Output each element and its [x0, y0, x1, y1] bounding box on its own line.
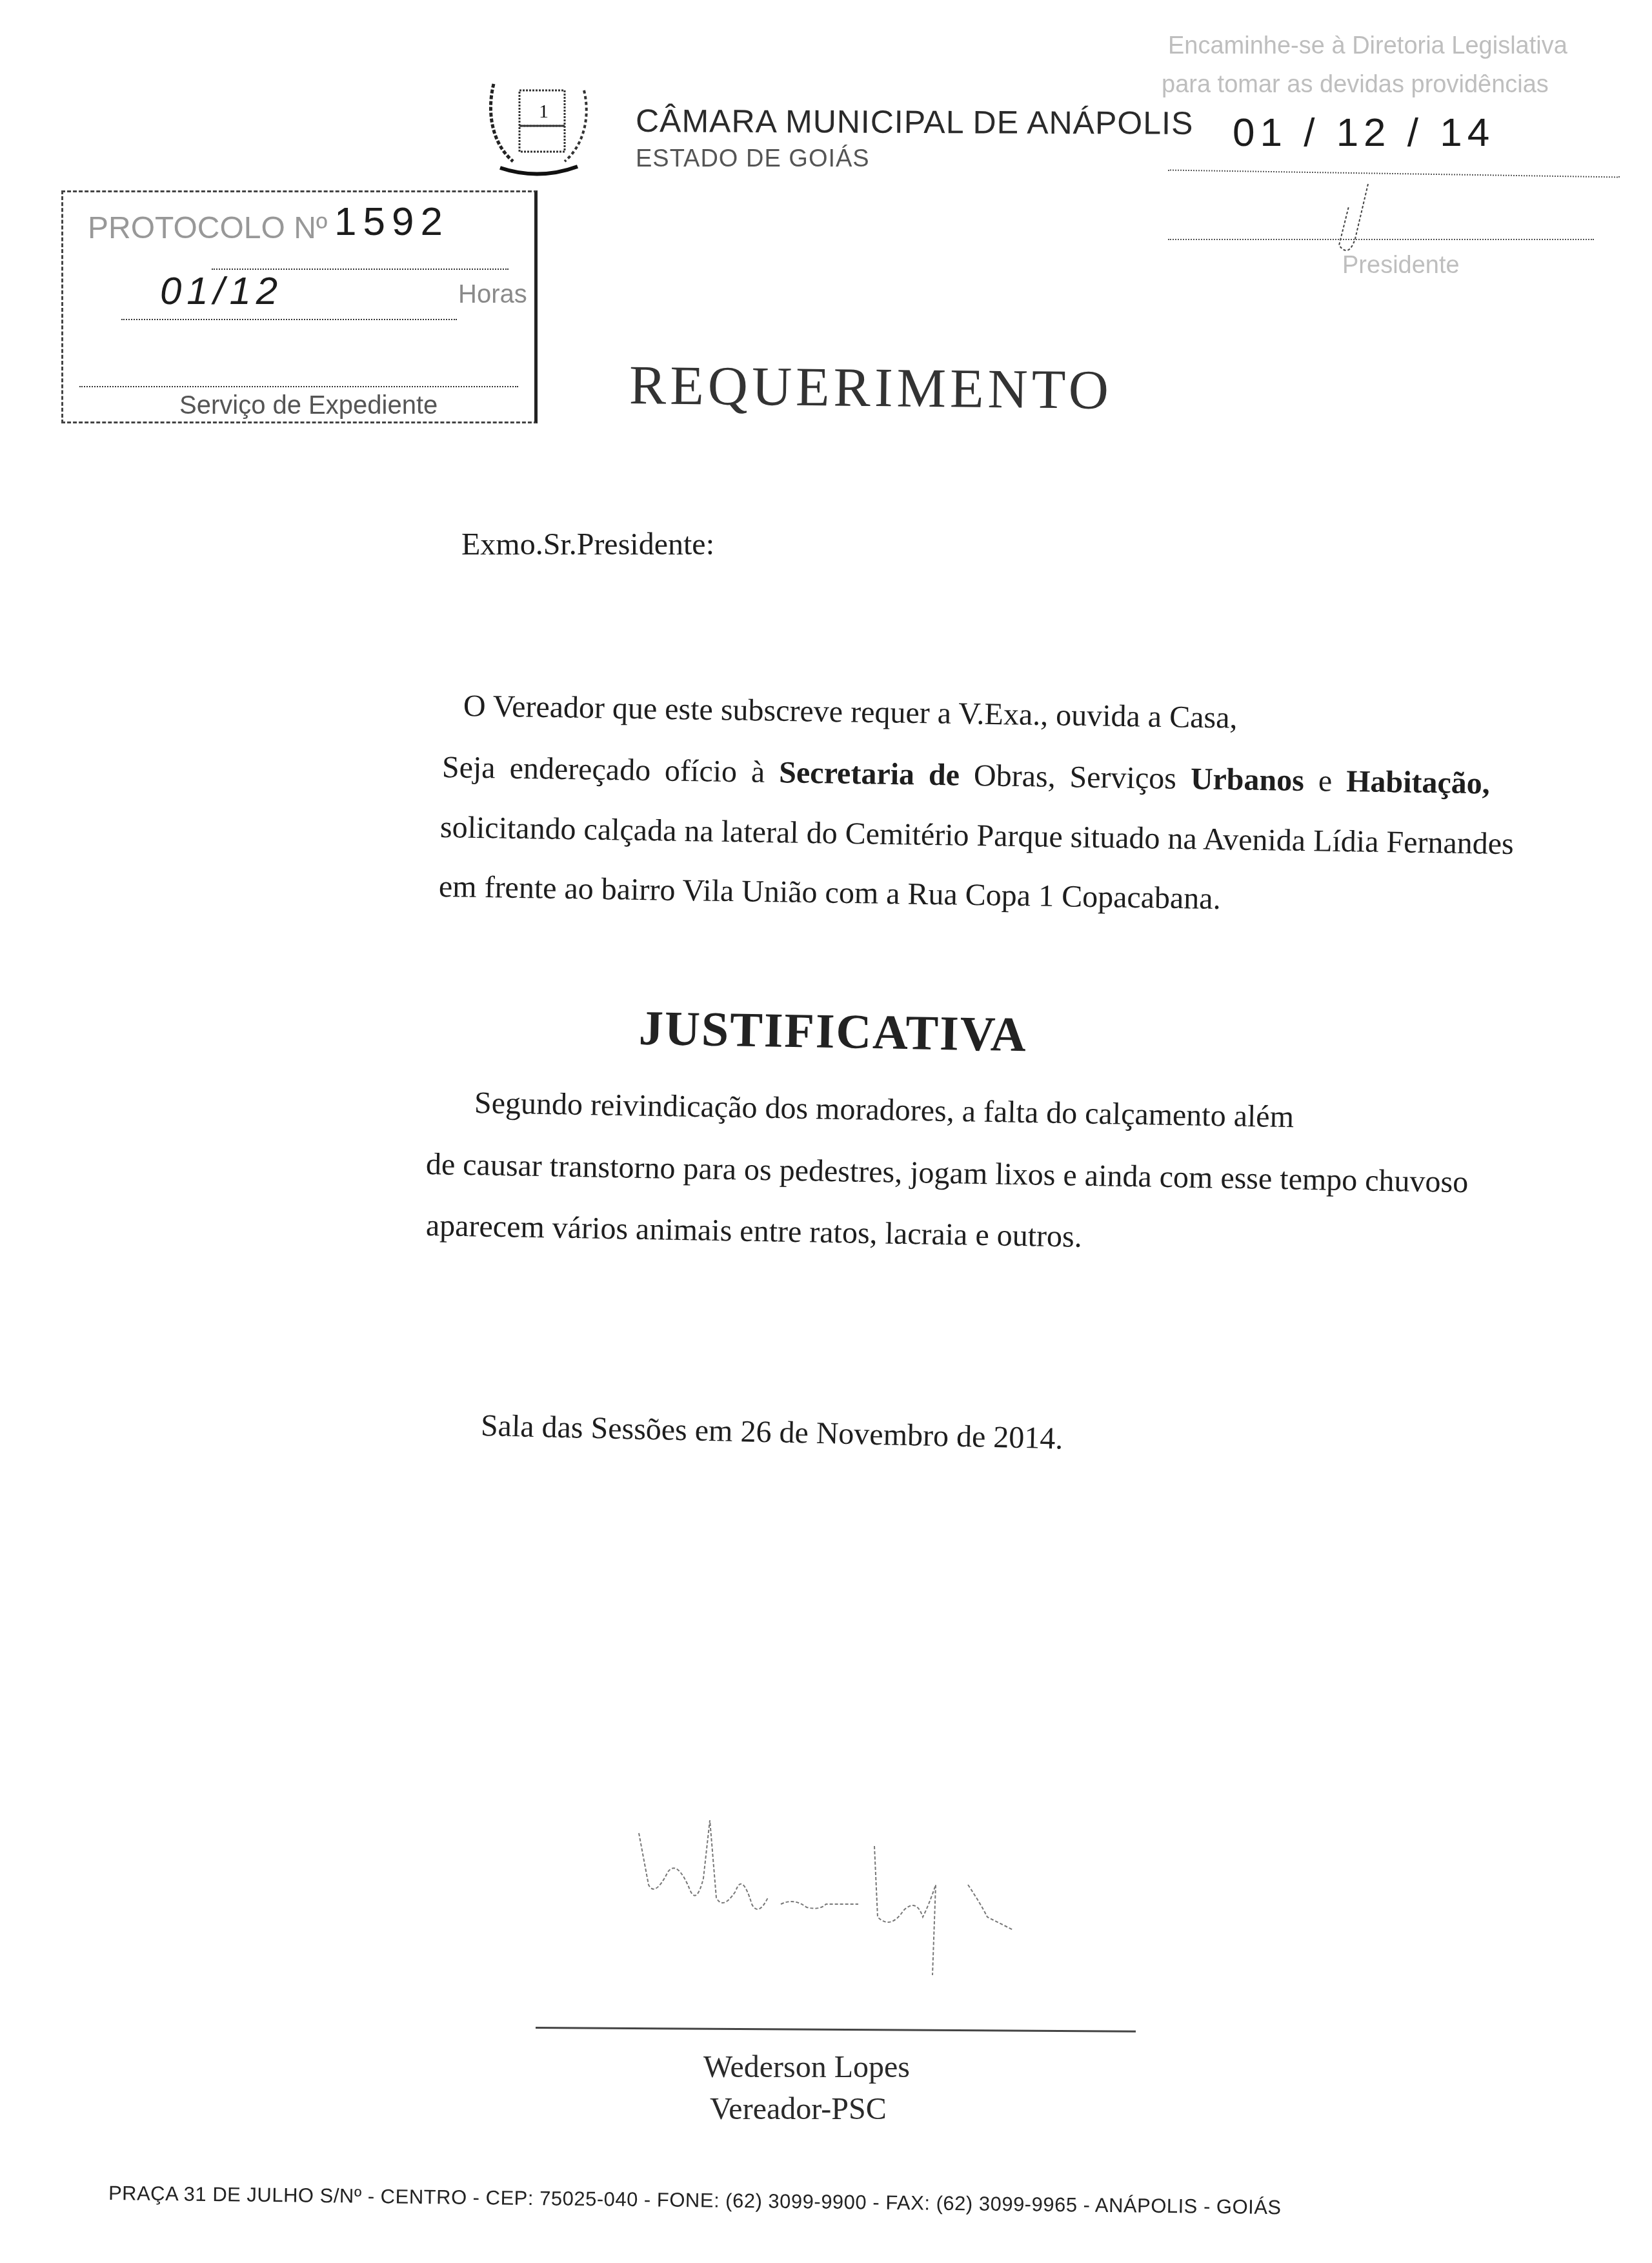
request-line-4: em frente ao bairro Vila União com a Rua…: [439, 871, 1221, 915]
justification-line-1: Segundo reivindicação dos moradores, a f…: [474, 1088, 1294, 1133]
protocol-service: Serviço de Expediente: [179, 391, 438, 420]
salutation: Exmo.Sr.Presidente:: [461, 529, 714, 560]
protocol-date-rule: [121, 319, 457, 320]
request-line-2-mid-1: Obras, Serviços: [960, 758, 1191, 797]
dispatch-line-1: Encaminhe-se à Diretoria Legislativa: [1168, 32, 1567, 60]
dispatch-rule: [1168, 170, 1620, 178]
signer-name: Wederson Lopes: [703, 2049, 910, 2085]
institution-name: CÂMARA MUNICIPAL DE ANÁPOLIS: [636, 102, 1194, 142]
protocol-stamp: PROTOCOLO Nº 1592 01/12 Horas Serviço de…: [61, 190, 538, 423]
request-line-3: solicitando calçada na lateral do Cemité…: [440, 812, 1514, 860]
document-title: REQUERIMENTO: [629, 352, 1113, 422]
request-line-2-mid-2: e: [1304, 764, 1347, 798]
svg-text:1: 1: [539, 101, 549, 122]
dispatch-signature-icon: [1310, 181, 1387, 258]
request-line-2-bold-2: Urbanos: [1190, 762, 1304, 798]
dispatch-date: 01 / 12 / 14: [1233, 110, 1495, 156]
protocol-hours-label: Horas: [458, 280, 527, 309]
request-line-2-bold-3: Habitação,: [1346, 764, 1490, 800]
dispatch-role: Presidente: [1342, 252, 1460, 279]
justification-line-2: de causar transtorno para os pedestres, …: [426, 1149, 1469, 1198]
dispatch-line-2: para tomar as devidas providências: [1162, 71, 1549, 99]
request-line-2-bold-1: Secretaria de: [779, 755, 960, 792]
request-line-2-prefix: Seja endereçado ofício à: [442, 750, 780, 789]
dispatch-signature-rule: [1168, 239, 1594, 240]
protocol-service-rule: [79, 386, 518, 387]
protocol-number: 1592: [334, 199, 449, 245]
signer-role: Vereador-PSC: [710, 2091, 887, 2127]
municipal-crest-icon: 1: [474, 71, 603, 181]
state-name: ESTADO DE GOIÁS: [636, 145, 870, 173]
session-dateline: Sala das Sessões em 26 de Novembro de 20…: [480, 1410, 1063, 1454]
protocol-date: 01/12: [160, 269, 283, 313]
protocol-label: PROTOCOLO Nº: [88, 210, 327, 246]
handwritten-signature-icon: [619, 1807, 1149, 2001]
dispatch-stamp: Encaminhe-se à Diretoria Legislativa par…: [1155, 26, 1620, 271]
footer-address: PRAÇA 31 DE JULHO S/Nº - CENTRO - CEP: 7…: [108, 2182, 1282, 2219]
request-line-1: O Vereador que este subscreve requer a V…: [463, 691, 1238, 734]
request-line-2: Seja endereçado ofício à Secretaria de O…: [442, 752, 1491, 800]
signature-line: [536, 2027, 1136, 2033]
justification-line-3: aparecem vários animais entre ratos, lac…: [426, 1210, 1083, 1253]
justification-title: JUSTIFICATIVA: [638, 1000, 1027, 1063]
